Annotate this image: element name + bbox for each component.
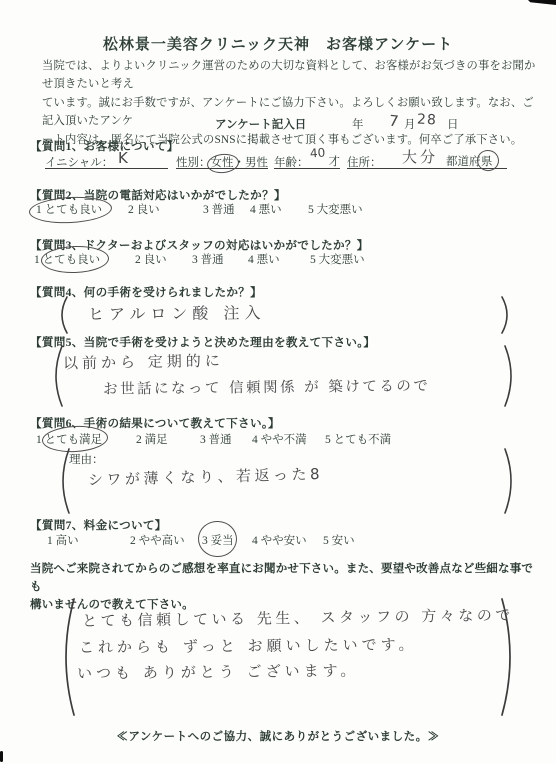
q6-option-1: 1 とても満足 (36, 431, 102, 447)
q6-header: 【質問6、手術の結果について教えて下さい。】 (30, 415, 280, 431)
q7-header: 【質問7、料金について】 (30, 517, 167, 533)
q1-initial-label: イニシャル： (45, 157, 113, 169)
q1-gender-field: 性別：女性・男性 (176, 152, 268, 169)
q2-option-1: 1 とても良い (36, 201, 102, 217)
q4-answer: ヒアルロン酸 注入 (88, 300, 266, 325)
q1-address-value: 大分 (402, 146, 438, 167)
q2-option-3: 3 普通 (203, 201, 235, 217)
q7-option-5: 5 安い (323, 532, 355, 548)
entry-date-label: アンケート記入日 (215, 116, 306, 132)
comments-line-2: これからも ずっと お願いしたいです。 (79, 634, 418, 658)
q1-gender-dot: ・ (234, 157, 246, 169)
q2-options-row: 1 とても良い 2 良い 3 普通 4 悪い 5 大変悪い (0, 201, 556, 219)
q3-option-5: 5 大変悪い (310, 251, 365, 267)
q1-address-unit-ken: 県 (481, 153, 493, 169)
q7-option-2: 2 やや高い (130, 532, 185, 548)
q7-option-1: 1 高い (47, 532, 79, 548)
page-title: 松林景一美容クリニック天神 お客様アンケート (0, 33, 556, 54)
q1-initial-field: イニシャル： K (45, 152, 168, 169)
survey-page: 松林景一美容クリニック天神 お客様アンケート 当院では、よりよいクリニック運営の… (0, 0, 556, 764)
q6-reason-label: 理由： (69, 451, 104, 467)
q5-bracket-left (48, 344, 64, 408)
q1-age-unit: 才 (329, 153, 341, 169)
q6-reason: シワが薄くなり、若返った8 (88, 463, 324, 490)
q1-initial-value: K (118, 149, 128, 167)
q1-gender-label: 性別： (176, 157, 211, 169)
entry-date-day-label: 日 (447, 116, 459, 132)
intro-paragraph: 当院では、よりよいクリニック運営のための大切な資料として、お客様がお気づきの事を… (42, 57, 537, 149)
q1-age-label: 年齢： (274, 157, 309, 169)
q6-options-row: 1 とても満足 2 満足 3 普通 4 やや不満 5 とても不満 (0, 431, 556, 449)
q6-option-5: 5 とても不満 (325, 431, 391, 447)
q1-age-value: 40 (310, 145, 326, 160)
q3-option-2: 2 良い (135, 251, 167, 267)
q2-option-4: 4 悪い (250, 201, 282, 217)
entry-date-day-value: 28 (417, 111, 438, 128)
q2-option-2: 2 良い (128, 201, 160, 217)
entry-date-month-label: 月 (404, 116, 416, 132)
q3-option-4: 4 悪い (248, 251, 280, 267)
q1-age-field: 年齢： 40 才 (274, 152, 340, 169)
q1-gender-female: 女性 (211, 157, 234, 169)
comments-prompt-line: 当院へご来院されてからのご感想を率直にお聞かせ下さい。また、要望や改善点など些細… (30, 560, 535, 596)
q5-answer-line-2: お世話になって 信頼関係 が 築けてるので (103, 374, 431, 398)
scan-artifact-top-right (528, 0, 556, 5)
footer-thanks: ≪アンケートへのご協力、誠にありがとうございました。≫ (0, 728, 556, 744)
q5-header: 【質問5、当院で手術を受けようと決めた理由を教えて下さい。】 (30, 334, 375, 350)
comments-bracket-left (56, 597, 76, 717)
q5-bracket-right (503, 344, 519, 408)
q1-gender-male: 男性 (245, 157, 268, 169)
q5-answer-line-1: 以前から 定期的に (63, 350, 224, 374)
q6-bracket-right (503, 447, 519, 515)
q1-address-unit-prefix: 都道府 (446, 153, 481, 169)
q7-options-row: 1 高い 2 やや高い 3 妥当 4 やや安い 5 安い (0, 532, 556, 550)
q2-option-5: 5 大変悪い (308, 201, 363, 217)
comments-line-3: いつも ありがとう ございます。 (77, 660, 360, 684)
entry-date-month-value: 7 (388, 112, 399, 131)
q4-bracket-right (500, 295, 514, 335)
intro-line: 当院では、よりよいクリニック運営のための大切な資料として、お客様がお気づきの事を… (42, 57, 537, 94)
q3-option-1: 1 とても良い (34, 251, 100, 267)
scan-artifact-bottom-left (0, 751, 3, 762)
q1-address-field: 住所： 大分 都道府 県 (347, 152, 507, 169)
q6-option-2: 2 満足 (136, 431, 168, 447)
q1-address-label: 住所： (347, 157, 382, 169)
q7-option-4: 4 やや安い (252, 532, 307, 548)
q3-options-row: 1 とても良い 2 良い 3 普通 4 悪い 5 大変悪い (0, 251, 556, 269)
q4-bracket-left (55, 295, 69, 335)
q3-option-3: 3 普通 (192, 251, 224, 267)
q6-option-3: 3 普通 (200, 431, 232, 447)
q7-option-3: 3 妥当 (202, 532, 234, 548)
entry-date-year-label: 年 (352, 116, 364, 132)
q6-option-4: 4 やや不満 (252, 431, 307, 447)
